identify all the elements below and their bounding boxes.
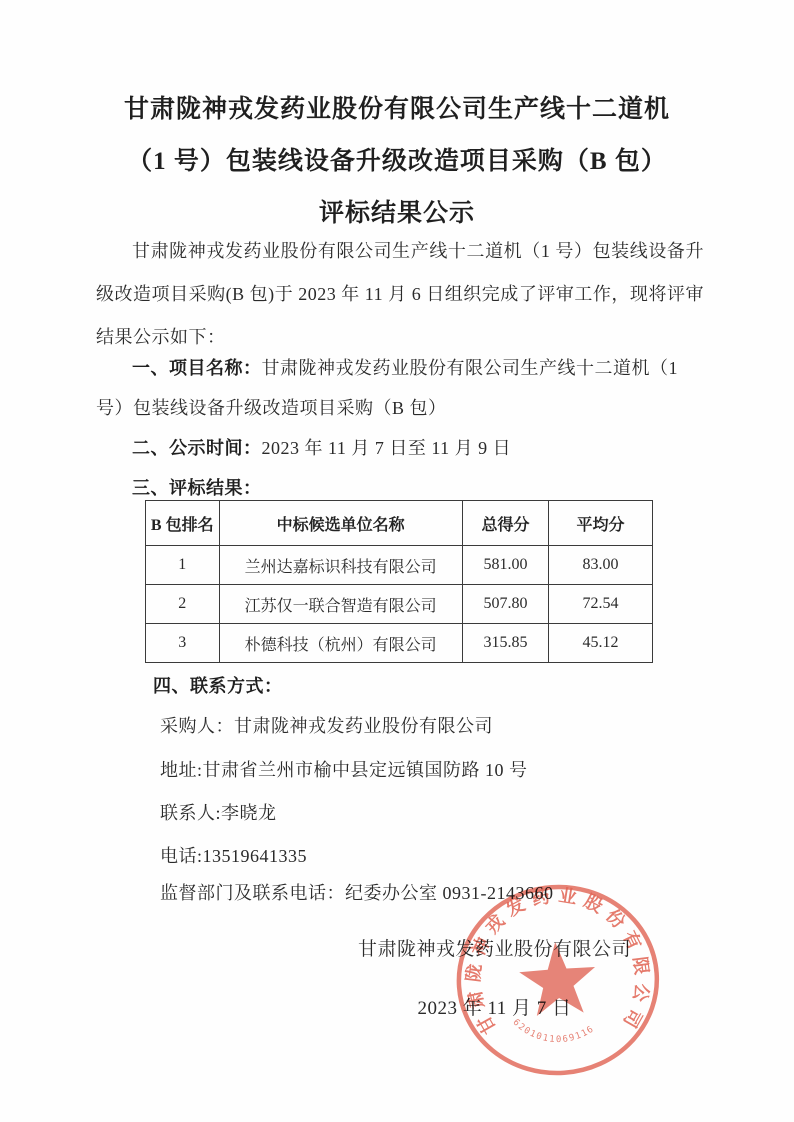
table-row: 2 江苏仅一联合智造有限公司 507.80 72.54	[146, 585, 653, 624]
document-title: 甘肃陇神戎发药业股份有限公司生产线十二道机 （1 号）包装线设备升级改造项目采购…	[0, 84, 794, 240]
item-project-name-label: 一、项目名称：	[132, 358, 262, 378]
cell-company: 朴德科技（杭州）有限公司	[219, 624, 462, 663]
table-row: 1 兰州达嘉标识科技有限公司 581.00 83.00	[146, 546, 653, 585]
intro-paragraph: 甘肃陇神戎发药业股份有限公司生产线十二道机（1 号）包装线设备升级改造项目采购(…	[96, 230, 704, 359]
header-total-score: 总得分	[462, 501, 548, 546]
cell-rank: 2	[146, 585, 220, 624]
contact-purchaser: 采购人：甘肃陇神戎发药业股份有限公司	[160, 712, 493, 738]
signature-block: 甘肃陇神戎发药业股份有限公司 2023 年 11 月 7 日	[322, 934, 667, 1020]
contact-address: 地址:甘肃省兰州市榆中县定远镇国防路 10 号	[160, 756, 528, 782]
cell-rank: 3	[146, 624, 220, 663]
cell-company: 兰州达嘉标识科技有限公司	[219, 546, 462, 585]
cell-total-score: 507.80	[462, 585, 548, 624]
table-header-row: B 包排名 中标候选单位名称 总得分 平均分	[146, 501, 653, 546]
cell-average-score: 72.54	[549, 585, 653, 624]
signature-date: 2023 年 11 月 7 日	[322, 993, 667, 1020]
title-line-2: （1 号）包装线设备升级改造项目采购（B 包）	[0, 136, 794, 188]
cell-total-score: 315.85	[462, 624, 548, 663]
contact-person: 联系人:李晓龙	[160, 799, 277, 825]
bid-results-table: B 包排名 中标候选单位名称 总得分 平均分 1 兰州达嘉标识科技有限公司 58…	[145, 500, 653, 663]
title-line-1: 甘肃陇神戎发药业股份有限公司生产线十二道机	[0, 84, 794, 136]
cell-company: 江苏仅一联合智造有限公司	[219, 585, 462, 624]
item-publicity-period: 二、公示时间：2023 年 11 月 7 日至 11 月 9 日	[96, 428, 704, 468]
contact-phone: 电话:13519641335	[160, 842, 307, 868]
cell-total-score: 581.00	[462, 546, 548, 585]
item-project-name: 一、项目名称：甘肃陇神戎发药业股份有限公司生产线十二道机（1 号）包装线设备升级…	[96, 348, 704, 428]
contact-supervision-phone: 监督部门及联系电话：纪委办公室 0931-2143660	[160, 879, 554, 905]
cell-average-score: 83.00	[549, 546, 653, 585]
item-publicity-period-label: 二、公示时间：	[132, 438, 262, 458]
document-page: 甘肃陇神戎发药业股份有限公司生产线十二道机 （1 号）包装线设备升级改造项目采购…	[0, 0, 794, 1122]
item-evaluation-result-label: 三、评标结果：	[132, 478, 262, 498]
contact-section-heading: 四、联系方式：	[153, 672, 283, 698]
header-average-score: 平均分	[549, 501, 653, 546]
header-company: 中标候选单位名称	[219, 501, 462, 546]
table-row: 3 朴德科技（杭州）有限公司 315.85 45.12	[146, 624, 653, 663]
cell-rank: 1	[146, 546, 220, 585]
item-publicity-period-text: 2023 年 11 月 7 日至 11 月 9 日	[262, 438, 512, 458]
cell-average-score: 45.12	[549, 624, 653, 663]
signature-company: 甘肃陇神戎发药业股份有限公司	[322, 934, 667, 961]
header-rank: B 包排名	[146, 501, 220, 546]
